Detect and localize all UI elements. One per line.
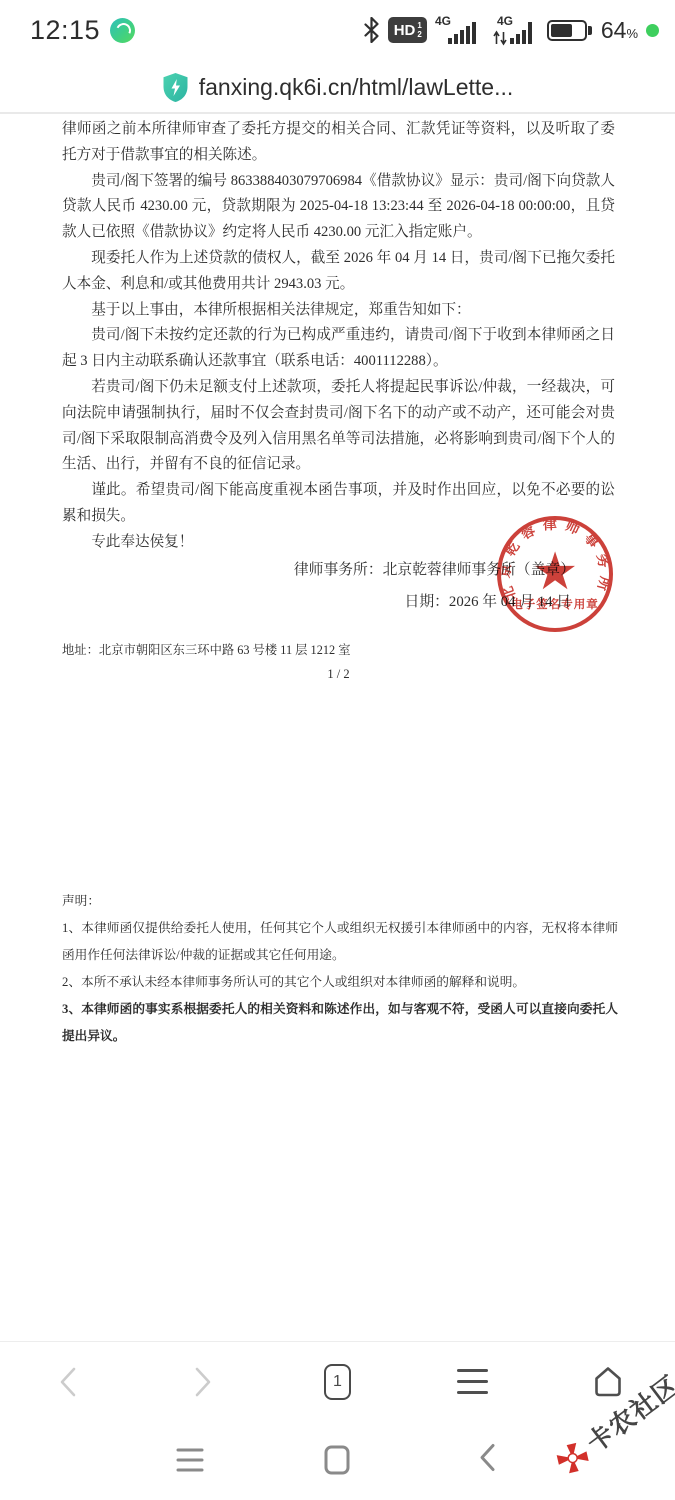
system-back-button[interactable] bbox=[478, 1443, 496, 1478]
statement-item: 3、本律师函的事实系根据委托人的相关资料和陈述作出，如与客观不符，受函人可以直接… bbox=[62, 996, 618, 1050]
svg-text:4G: 4G bbox=[435, 14, 451, 28]
letter-paragraph: 贵司/阁下签署的编号 863388403079706984《借款协议》显示：贵司… bbox=[62, 169, 615, 246]
signal-icon-sim2: 4G bbox=[491, 14, 539, 46]
system-home-button[interactable] bbox=[325, 1446, 350, 1475]
statement-item: 2、本所不承认未经本律师事务所认可的其它个人或组织对本律师函的解释和说明。 bbox=[62, 969, 618, 996]
data-saver-icon bbox=[110, 18, 135, 43]
bluetooth-icon bbox=[363, 17, 380, 43]
statement-title: 声明： bbox=[62, 888, 618, 915]
tab-count-icon: 1 bbox=[324, 1364, 351, 1400]
stamp-subtitle: 电子签名专用章 bbox=[501, 596, 609, 612]
letter-paragraph: 基于以上事由，本律所根据相关法律规定，郑重告知如下： bbox=[62, 298, 615, 324]
signal-icon-sim1: 4G bbox=[435, 14, 483, 46]
firm-address: 地址：北京市朝阳区东三环中路 63 号楼 11 层 1212 室 bbox=[62, 640, 351, 658]
chevron-left-icon bbox=[478, 1443, 496, 1473]
clock-text: 12:15 bbox=[30, 15, 100, 46]
battery-icon bbox=[547, 20, 587, 41]
statement-item: 1、本律师函仅提供给委托人使用，任何其它个人或组织无权援引本律师函中的内容，无权… bbox=[62, 915, 618, 969]
tab-count: 1 bbox=[333, 1373, 342, 1391]
chevron-right-icon bbox=[193, 1366, 213, 1398]
volte-hd-icon: HD 1 2 bbox=[388, 17, 427, 43]
svg-text:4G: 4G bbox=[497, 14, 513, 28]
stamp-star-icon: ★ bbox=[501, 546, 609, 598]
back-button[interactable] bbox=[0, 1342, 135, 1421]
chevron-left-icon bbox=[58, 1366, 78, 1398]
statement-section: 声明： 1、本律师函仅提供给委托人使用，任何其它个人或组织无权援引本律师函中的内… bbox=[62, 888, 618, 1050]
letter-paragraph: 贵司/阁下未按约定还款的行为已构成严重违约，请贵司/阁下于收到本律师函之日起 3… bbox=[62, 323, 615, 375]
battery-percent: 64% bbox=[601, 17, 638, 44]
letter-paragraph: 若贵司/阁下仍未足额支付上述款项，委托人将提起民事诉讼/仲裁，一经裁决，可向法院… bbox=[62, 375, 615, 478]
ssl-shield-icon bbox=[162, 72, 189, 103]
hamburger-icon bbox=[457, 1369, 488, 1394]
tabs-button[interactable]: 1 bbox=[270, 1342, 405, 1421]
forward-button[interactable] bbox=[135, 1342, 270, 1421]
status-bar: 12:15 HD 1 2 4G 4G bbox=[0, 0, 675, 60]
recents-button[interactable] bbox=[177, 1449, 204, 1472]
letter-paragraph: 现委托人作为上述贷款的债权人，截至 2026 年 04 月 14 日，贵司/阁下… bbox=[62, 246, 615, 298]
law-letter-body: 律师函之前本所律师审查了委托方提交的相关合同、汇款凭证等资料，以及听取了委托方对… bbox=[62, 117, 615, 556]
address-bar[interactable]: fanxing.qk6i.cn/html/lawLette... bbox=[0, 62, 675, 112]
watermark: 卡农社区 bbox=[552, 1402, 675, 1497]
notification-dot-icon bbox=[646, 24, 659, 37]
home-icon bbox=[593, 1366, 623, 1398]
url-text[interactable]: fanxing.qk6i.cn/html/lawLette... bbox=[199, 74, 514, 101]
menu-button[interactable] bbox=[405, 1342, 540, 1421]
page-divider bbox=[0, 112, 675, 114]
official-stamp: 北京乾蓉律师事务所 ★ 电子签名专用章 bbox=[497, 516, 613, 632]
page-indicator: 1 / 2 bbox=[62, 667, 615, 682]
letter-paragraph: 律师函之前本所律师审查了委托方提交的相关合同、汇款凭证等资料，以及听取了委托方对… bbox=[62, 117, 615, 169]
